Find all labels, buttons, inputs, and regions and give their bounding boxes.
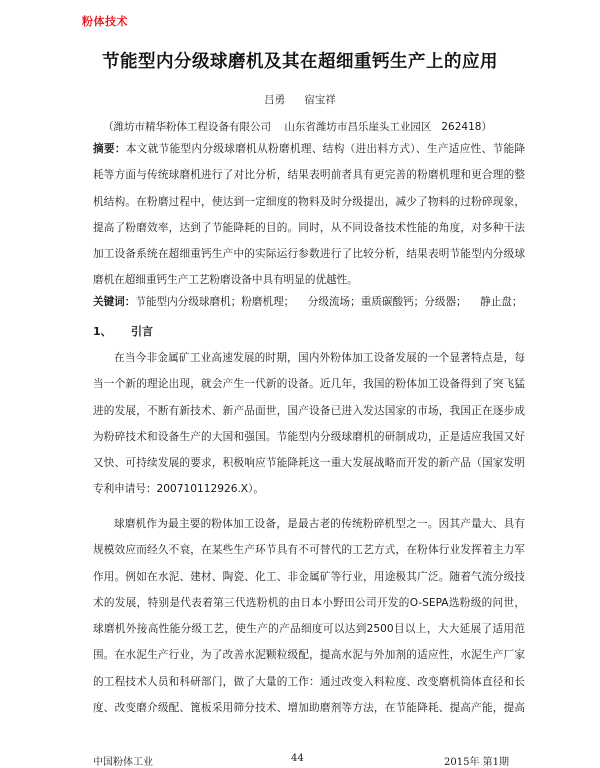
- abstract-label: 摘要：: [93, 143, 126, 155]
- paragraph-line: 的工程技术人员和科研部门，做了大量的工作：通过改变入料粒度、改变磨机筒体直径和长: [93, 669, 525, 695]
- paragraph-line: 当一个新的理论出现，就会产生一代新的设备。近几年，我国的粉体加工设备得到了突飞猛: [93, 371, 525, 397]
- section-tag: 粉体技术: [82, 13, 128, 29]
- abstract-line: 加工设备系统在超细重钙生产中的实际运行参数进行了比较分析，结果表明节能型内分级球: [93, 241, 525, 267]
- paragraph-line: 专利申请号：200710112926.X）。: [93, 476, 525, 502]
- paragraph-line: 进的发展，不断有新技术、新产品面世，国产设备已进入发达国家的市场，我国正在逐步成: [93, 398, 525, 424]
- paragraph-line: 又快、可持续发展的要求，积极响应节能降耗这一重大发展战略而开发的新产品（国家发明: [93, 450, 525, 476]
- keywords-list: 节能型内分级球磨机；粉磨机理； 分级流场；重质碳酸钙；分级器； 静止盘；: [135, 296, 522, 308]
- abstract-line: 耗等方面与传统球磨机进行了对比分析，结果表明前者具有更完善的粉磨机理和更合理的整: [93, 162, 525, 188]
- paragraph-intro: 在当今非金属矿工业高速发展的时期，国内外粉体加工设备发展的一个显著特点是，每 当…: [93, 345, 525, 503]
- paragraph-line: 术的发展，特别是代表着第三代选粉机的由日本小野田公司开发的O-SEPA选粉级的问…: [93, 590, 525, 616]
- author: 吕勇: [264, 94, 285, 106]
- abstract-line: 磨机在超细重钙生产工艺粉磨设备中具有明显的优越性。: [93, 267, 525, 293]
- affiliation: （潍坊市精华粉体工程设备有限公司 山东省潍坊市昌乐崖头工业园区 262418）: [103, 119, 492, 134]
- author: 宿宝祥: [304, 94, 336, 106]
- abstract-line: 摘要：本文就节能型内分级球磨机从粉磨机理、结构（进出料方式）、生产适应性、节能降: [93, 136, 525, 162]
- footer-issue: 2015年 第1期: [444, 753, 509, 768]
- section-title: 引言: [131, 325, 153, 338]
- paragraph-line: 作用。例如在水泥、建材、陶瓷、化工、非金属矿等行业，用途极其广泛。随着气流分级技: [93, 564, 525, 590]
- paragraph-line: 围。在水泥生产行业，为了改善水泥颗粒级配，提高水泥与外加剂的适应性，水泥生产厂家: [93, 642, 525, 668]
- section-heading: 1、引言: [93, 323, 153, 339]
- abstract: 摘要：本文就节能型内分级球磨机从粉磨机理、结构（进出料方式）、生产适应性、节能降…: [93, 136, 525, 294]
- paragraph-line: 度、改变磨介级配、篦板采用筛分技术、增加助磨剂等方法，在节能降耗、提高产能，提高: [93, 695, 525, 721]
- article-title: 节能型内分级球磨机及其在超细重钙生产上的应用: [0, 48, 600, 73]
- paragraph-line: 球磨机作为最主要的粉体加工设备，是最古老的传统粉碎机型之一。因其产量大、具有: [93, 511, 525, 537]
- abstract-line: 机结构。在粉磨过程中，使达到一定细度的物料及时分级提出，减少了物料的过粉碎现象，: [93, 189, 525, 215]
- paragraph-line: 规模效应而经久不衰，在某些生产环节具有不可替代的工艺方式，在粉体行业发挥着主力军: [93, 537, 525, 563]
- footer-journal: 中国粉体工业: [93, 753, 153, 768]
- keywords-label: 关键词：: [93, 296, 135, 308]
- paragraph-line: 球磨机外接高性能分级工艺，使生产的产品细度可以达到2500目以上，大大延展了适用…: [93, 616, 525, 642]
- keywords: 关键词：节能型内分级球磨机；粉磨机理； 分级流场；重质碳酸钙；分级器； 静止盘；: [93, 294, 523, 309]
- section-number: 1、: [93, 323, 131, 339]
- paragraph-line: 为粉碎技术和设备生产的大国和强国。节能型内分级球磨机的研制成功，正是适应我国又好: [93, 424, 525, 450]
- abstract-line: 提高了粉磨效率，达到了节能降耗的目的。同时，从不同设备技术性能的角度，对多种干法: [93, 215, 525, 241]
- paragraph-line: 在当今非金属矿工业高速发展的时期，国内外粉体加工设备发展的一个显著特点是，每: [93, 345, 525, 371]
- paragraph-ballmill: 球磨机作为最主要的粉体加工设备，是最古老的传统粉碎机型之一。因其产量大、具有 规…: [93, 511, 525, 721]
- footer-page-number: 44: [291, 753, 304, 764]
- author-list: 吕勇 宿宝祥: [0, 92, 600, 107]
